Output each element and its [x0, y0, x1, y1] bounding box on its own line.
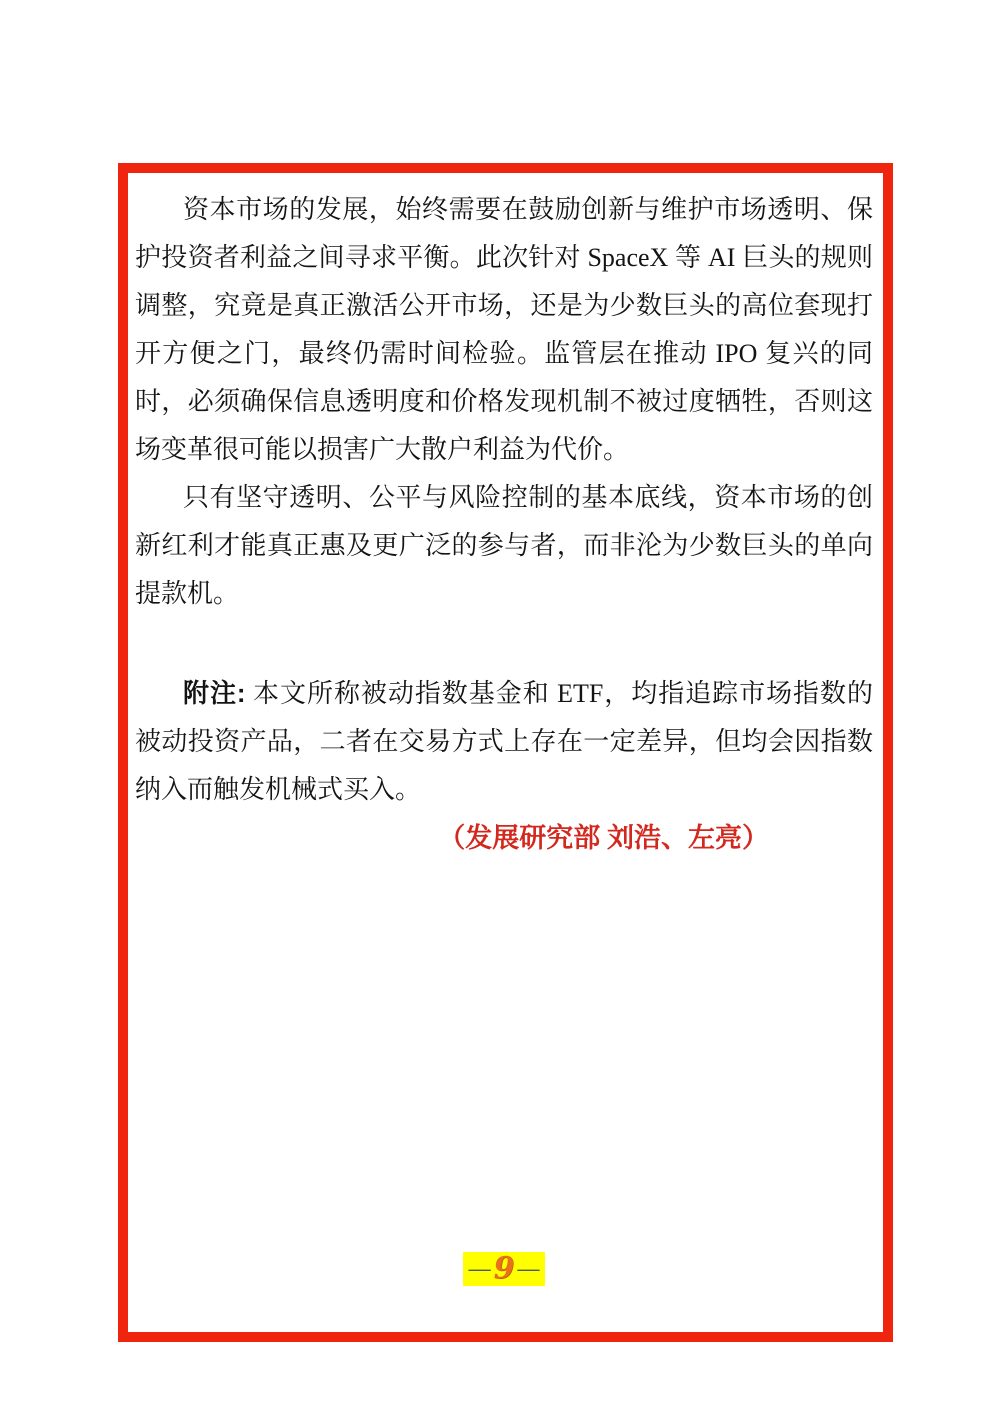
note-label: 附注:	[183, 678, 246, 708]
body-paragraph-1: 资本市场的发展，始终需要在鼓励创新与维护市场透明、保护投资者利益之间寻求平衡。此…	[135, 186, 873, 474]
page-border-frame: 资本市场的发展，始终需要在鼓励创新与维护市场透明、保护投资者利益之间寻求平衡。此…	[118, 163, 893, 1342]
footer-dash-right: —	[517, 1260, 539, 1279]
page-number: 9	[494, 1254, 515, 1284]
footer-dash-left: —	[469, 1260, 491, 1279]
page-number-footer: — 9 —	[463, 1252, 545, 1286]
author-byline: （发展研究部 刘浩、左亮）	[135, 814, 873, 862]
note-paragraph: 附注: 本文所称被动指数基金和 ETF，均指追踪市场指数的被动投资产品，二者在交…	[135, 669, 873, 814]
body-paragraph-2: 只有坚守透明、公平与风险控制的基本底线，资本市场的创新红利才能真正惠及更广泛的参…	[135, 474, 873, 618]
document-page: 资本市场的发展，始终需要在鼓励创新与维护市场透明、保护投资者利益之间寻求平衡。此…	[0, 0, 1000, 1414]
note-text: 本文所称被动指数基金和 ETF，均指追踪市场指数的被动投资产品，二者在交易方式上…	[135, 679, 873, 804]
